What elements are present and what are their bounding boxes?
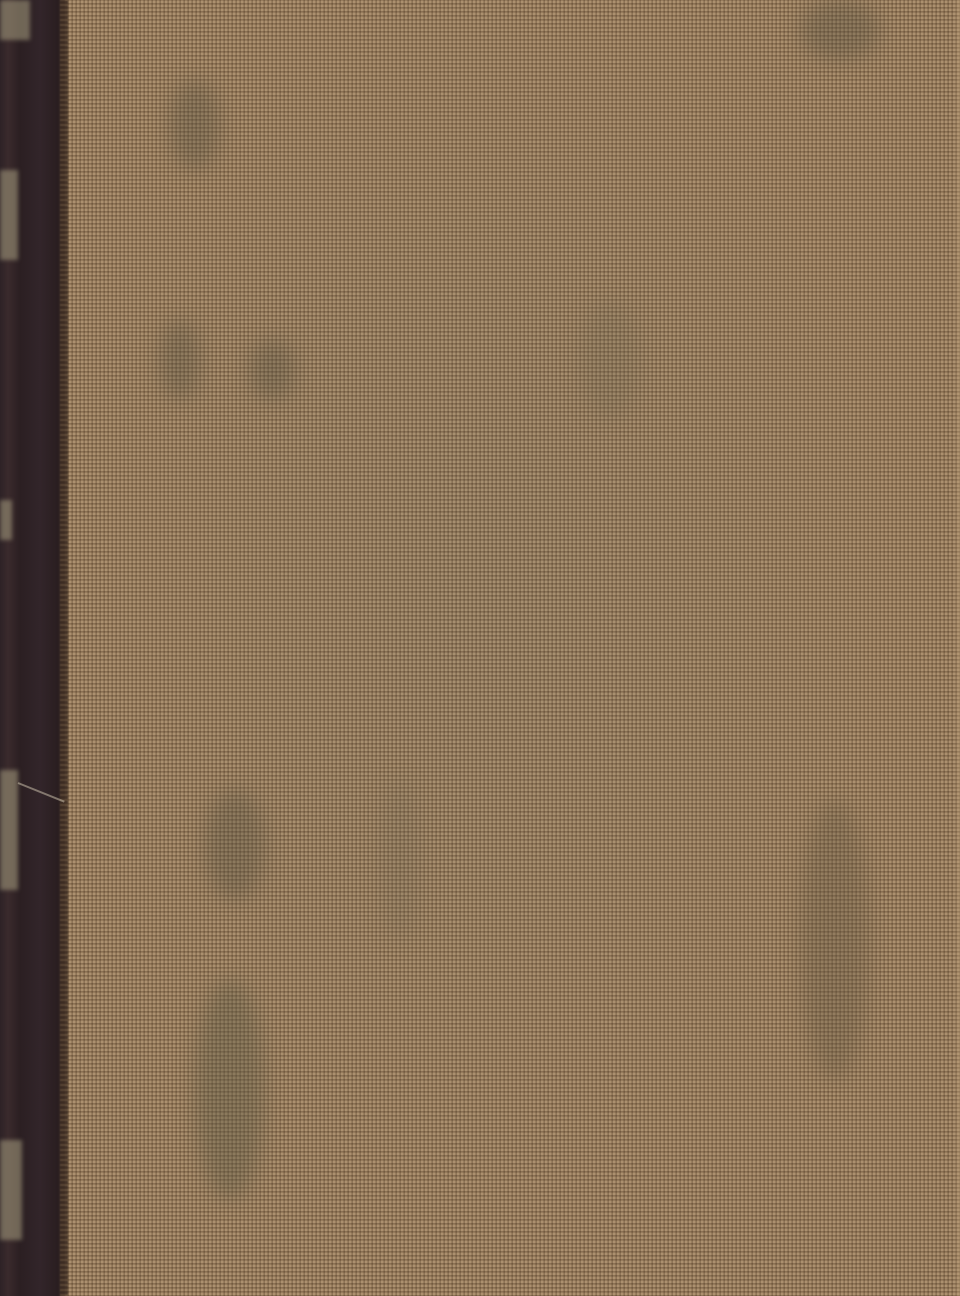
- stain: [160, 320, 200, 400]
- stain: [800, 0, 880, 60]
- spine-wear: [0, 1140, 22, 1240]
- spine-wear: [0, 500, 12, 540]
- board-right-edge: [954, 0, 960, 1296]
- spine-wear: [0, 0, 30, 40]
- stain: [195, 980, 265, 1200]
- stain: [250, 340, 295, 400]
- cloth-board: [0, 0, 960, 1296]
- book-cover: [0, 0, 960, 1296]
- spine-wear: [0, 170, 18, 260]
- stain: [170, 80, 220, 170]
- stain: [580, 300, 640, 420]
- spine-wear: [0, 770, 18, 890]
- stain: [800, 800, 870, 1080]
- stain: [380, 780, 420, 940]
- stain: [205, 790, 265, 900]
- spine-frayed-edge: [60, 0, 68, 1296]
